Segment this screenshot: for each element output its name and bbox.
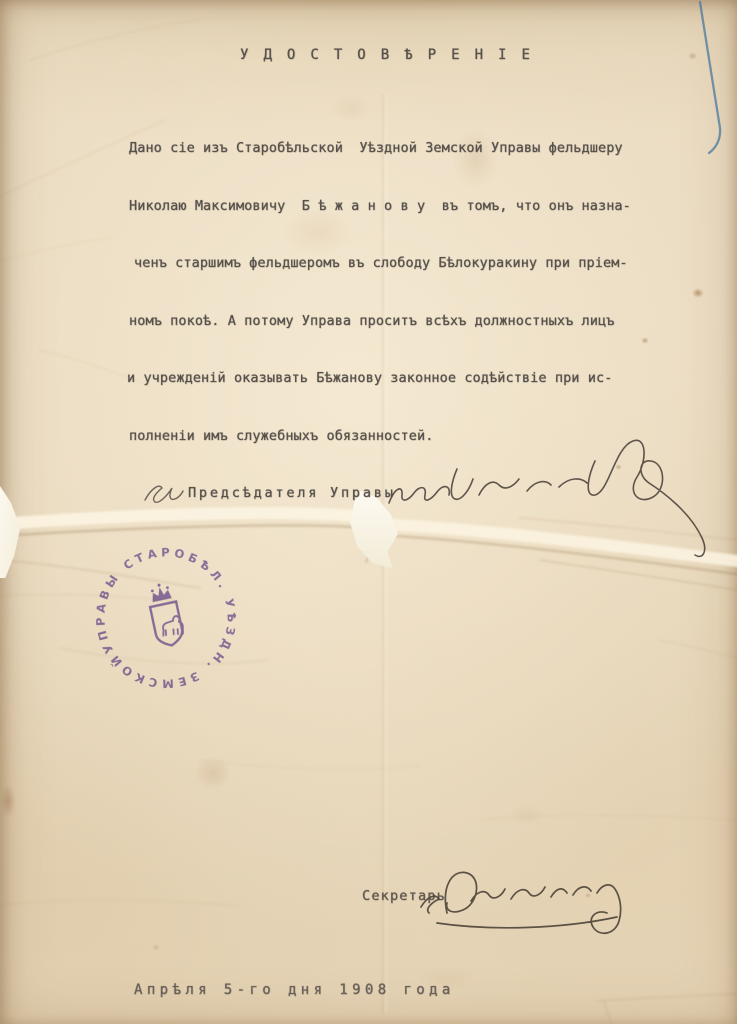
secretary-signature	[421, 872, 621, 933]
handwritten-prefix-mark	[145, 486, 183, 502]
body-line: номъ покоѣ. А потому Управа проситъ всѣх…	[129, 313, 614, 329]
stamp-shield-icon	[150, 602, 185, 649]
stain-spot	[152, 944, 160, 951]
stain-spot	[688, 52, 697, 60]
blue-pencil-mark	[700, 2, 720, 153]
date-line: Апрѣля 5-го дня 1908 года	[134, 982, 455, 998]
certificate-document: У Д О С Т О В Ѣ Р Е Н І Е Дано сіе изъ С…	[0, 0, 737, 1024]
stain-spot	[585, 893, 591, 898]
stain-spot	[641, 337, 649, 344]
body-line: ченъ старшимъ фельдшеромъ въ слободу Бѣл…	[134, 255, 628, 271]
body-line: полненіи имъ служебныхъ обязанностей.	[129, 428, 433, 444]
stain-smudge	[330, 94, 372, 122]
stain-smudge	[452, 128, 498, 190]
body-line: и учрежденій оказывать Бѣжанову законное…	[127, 370, 612, 386]
stamp-crown-icon	[149, 582, 172, 603]
stain-spot	[615, 464, 622, 470]
secretary-label: Секретарь	[362, 888, 446, 904]
stain-smudge	[508, 804, 544, 826]
stamp-ring-text: УПРАВЫ СТАРОБѢЛ. УѢЗДН. ЗЕМСКОЙ	[83, 535, 249, 701]
stain-spot	[692, 288, 704, 298]
body-line: Дано сіе изъ Старобѣльской Уѣздной Земск…	[129, 140, 623, 156]
paper-tear-center	[350, 491, 398, 569]
paper-tear-left-edge	[0, 486, 24, 578]
chairman-title-label: Предсѣдателя Управы	[188, 485, 396, 501]
stain-smudge	[282, 208, 354, 256]
chairman-signature	[389, 440, 705, 556]
official-stamp: УПРАВЫ СТАРОБѢЛ. УѢЗДН. ЗЕМСКОЙ	[83, 535, 249, 701]
stain-smudge	[0, 784, 16, 818]
document-title: У Д О С Т О В Ѣ Р Е Н І Е	[240, 47, 533, 63]
body-line: Николаю Максимовичу Б ѣ ж а н о в у въ т…	[129, 198, 631, 214]
stain-smudge	[194, 756, 232, 790]
